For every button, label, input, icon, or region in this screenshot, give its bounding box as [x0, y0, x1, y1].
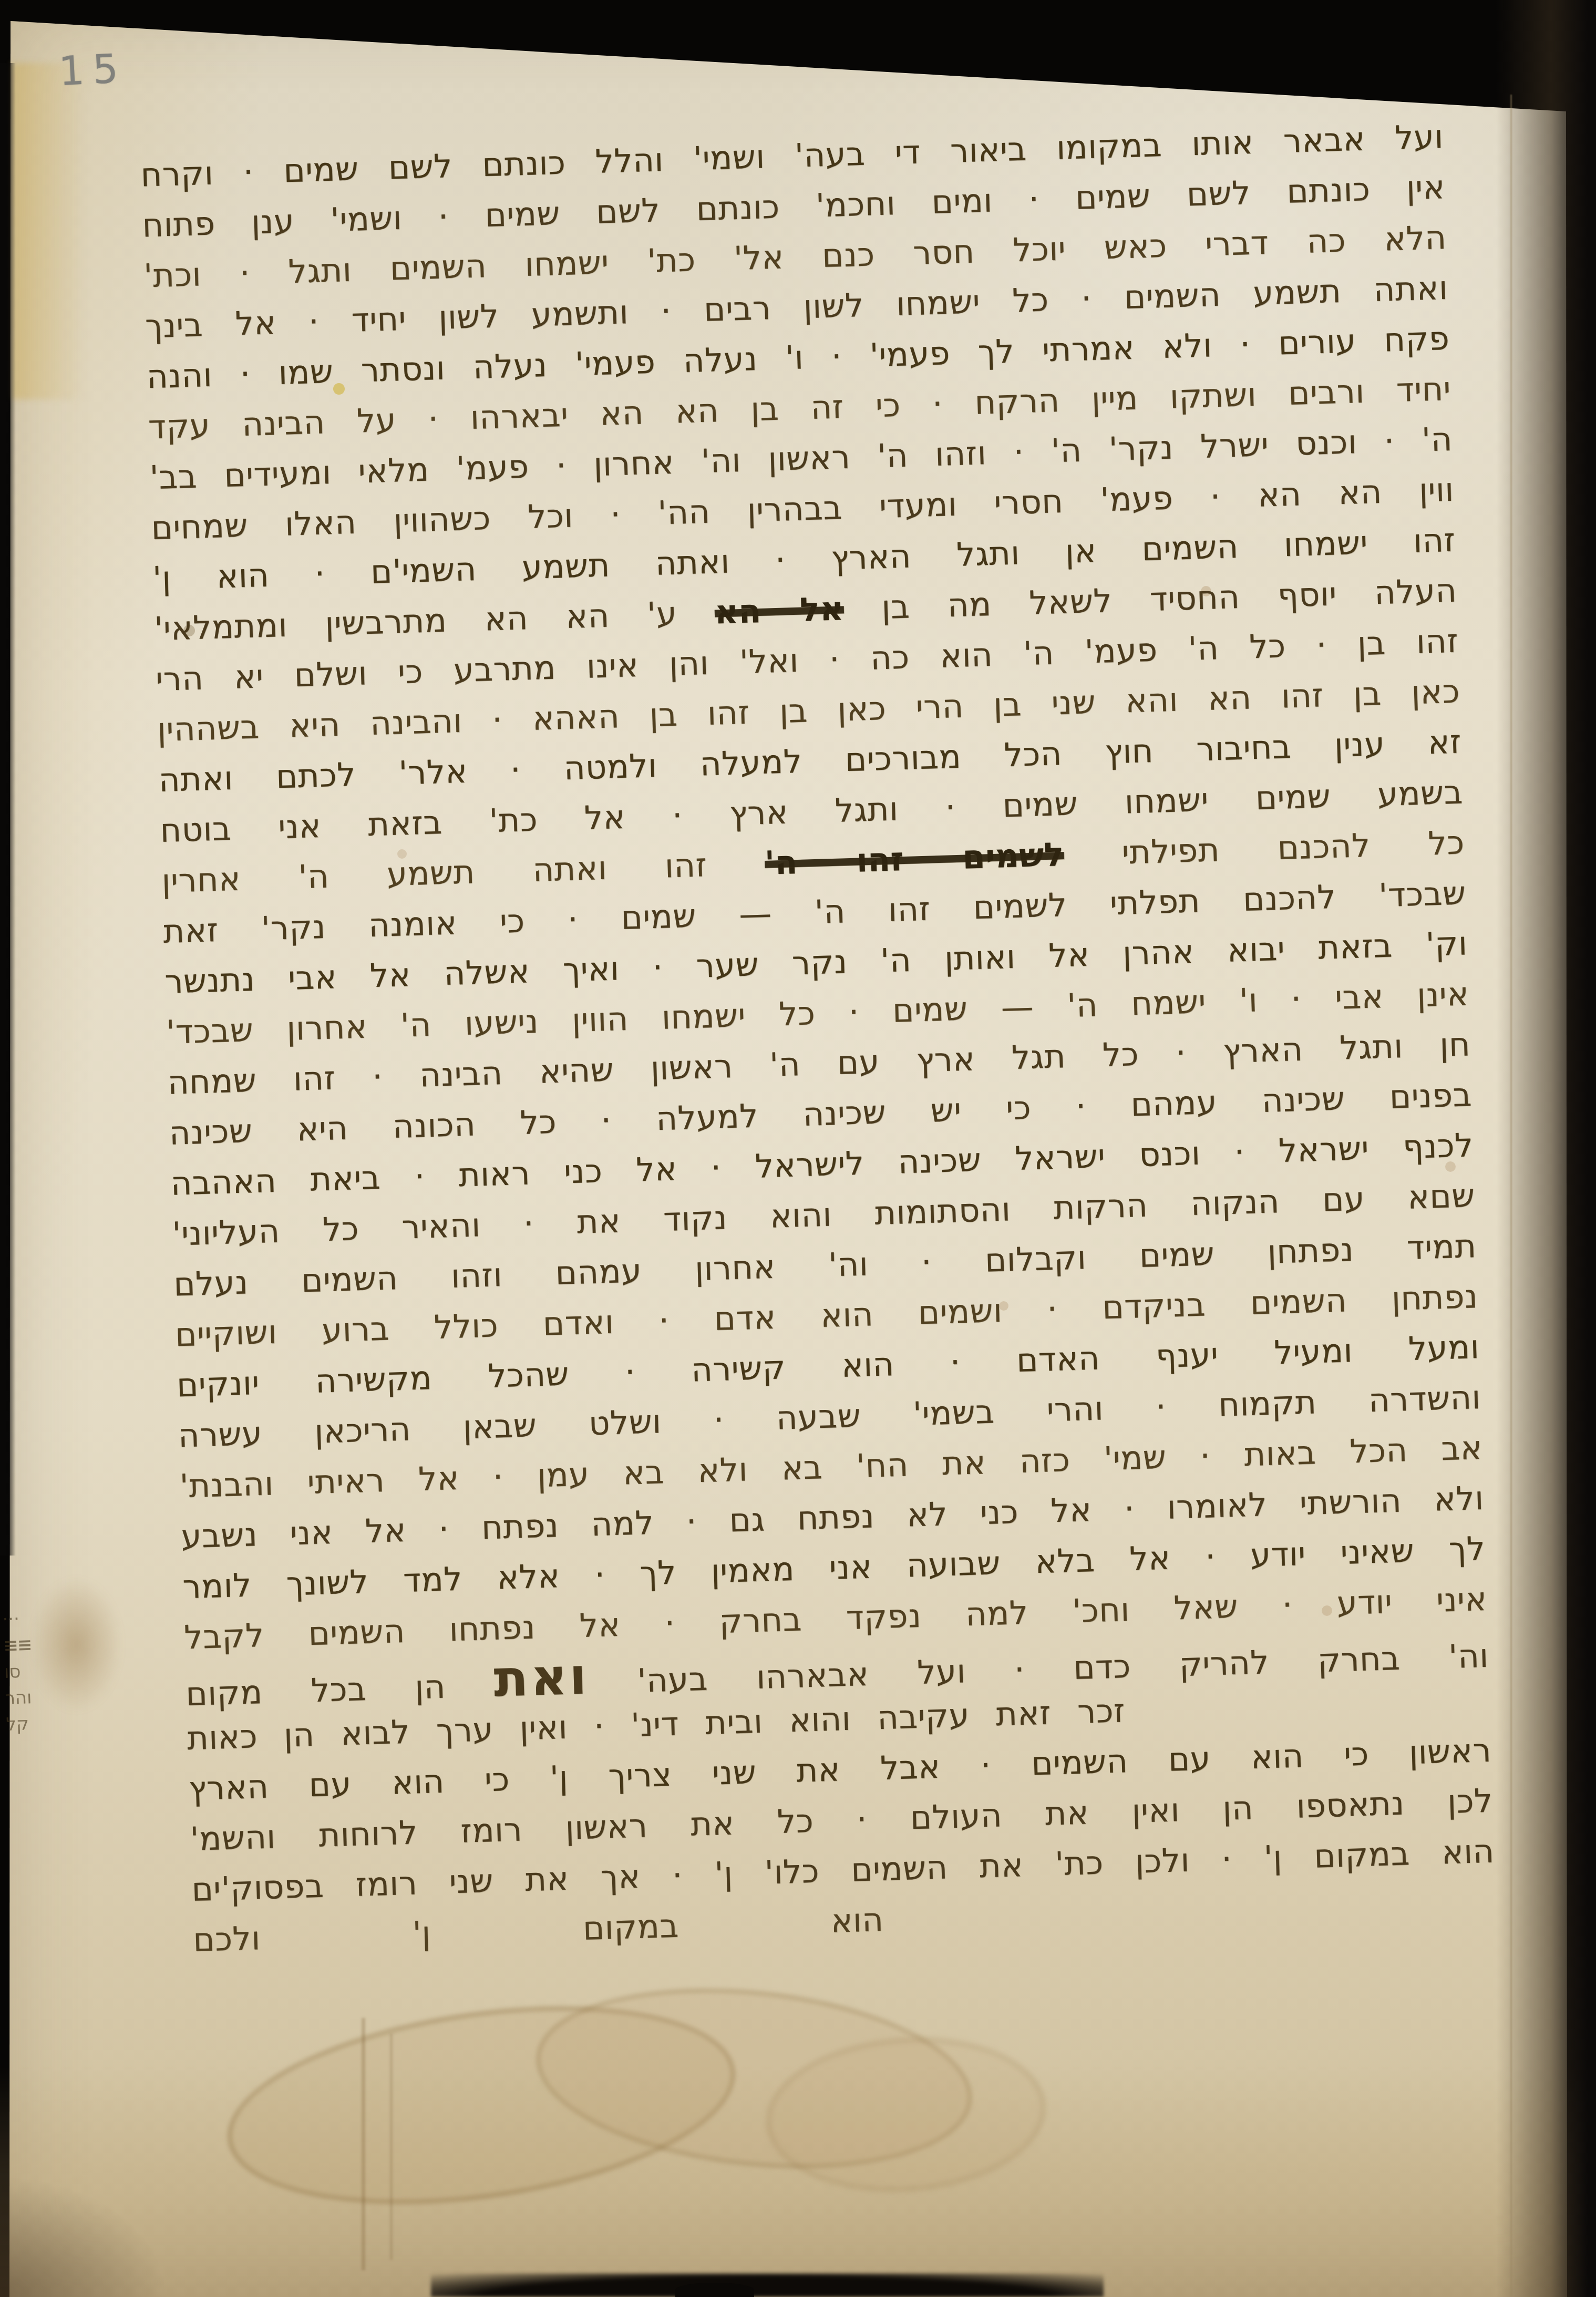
stain-streak [362, 2018, 365, 2270]
stain-top-left [12, 63, 85, 399]
stain-streak [390, 2034, 393, 2260]
foxing-specks [0, 0, 5, 5]
margin-note: והר [5, 1688, 32, 1707]
text-lines: ועל אבאר אותו במקומו ביאור די בעה' ושמי'… [140, 111, 1496, 1965]
folio-number: 15 [58, 45, 128, 95]
shadow-bottom-left-corner [0, 2176, 168, 2297]
margin-notes: ···≡≡סווהרקל [2, 1608, 96, 1734]
page-bottom-edge-shadow [431, 2273, 1104, 2297]
struck-out-text: לשמים זהו ה' [764, 835, 1065, 882]
page-bottom-notch [675, 2283, 754, 2297]
backdrop-left-edge [0, 63, 16, 1556]
margin-note: קל [6, 1715, 29, 1733]
margin-note: ··· [2, 1610, 20, 1629]
margin-note: ≡≡ [3, 1636, 32, 1655]
enlarged-word: ואת [493, 1647, 590, 1708]
struck-out-text: אל הא [714, 589, 845, 631]
margin-note: סו [4, 1663, 20, 1681]
manuscript-scan: 15 ועל אבאר אותו במקומו ביאור די בעה' וש… [0, 0, 1596, 2297]
binding-gutter-shadow [1496, 0, 1596, 2297]
